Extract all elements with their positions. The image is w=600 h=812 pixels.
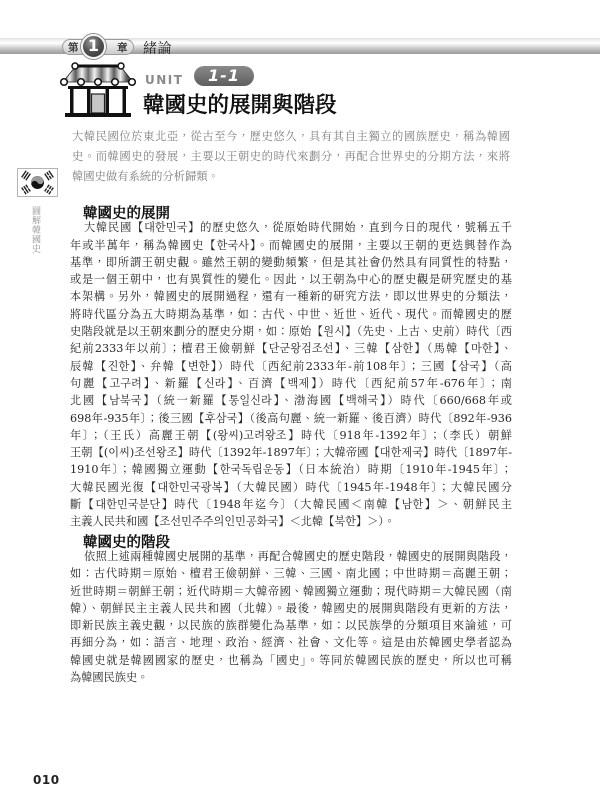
section-heading: 韓國史的階段 bbox=[70, 531, 512, 548]
paragraph-line: 史階段就是以王朝來劃分的歷史分期，如：原始【원시】（先史、上古、史前）時代〔西 bbox=[70, 323, 512, 340]
paragraph-line: 近世時期＝朝鮮王朝；近代時期＝大韓帝國、韓國獨立運動；現代時期＝大韓民國（南 bbox=[70, 583, 512, 600]
paragraph-line: 辰韓【진한】、弁韓【변한】）時代〔西紀前2333年-前108年〕；三國【삼국】（… bbox=[70, 358, 512, 375]
paragraph-line: 1910年〕；韓國獨立運動【한국독립운동】（日本統治）時期〔1910年-1945… bbox=[70, 461, 512, 478]
intro-line: 韓國史做有系統的分析歸類。 bbox=[72, 167, 510, 187]
paragraph-line: 698年-935年〕；後三國【후삼국】（後高句麗、統一新羅、後百濟）時代〔892… bbox=[70, 410, 512, 427]
section-development: 韓國史的展開 大韓民國【대한민국】的歷史悠久，從原始時代開始，直到今日的現代，號… bbox=[70, 202, 512, 531]
chapter-suffix: 章 bbox=[117, 40, 128, 55]
paragraph-line: 或是一個王朝中，也有異質性的變化。因此，以王朝為中心的歷史觀是研究歷史的基 bbox=[70, 271, 512, 288]
main-content: 韓國史的展開 大韓民國【대한민국】的歷史悠久，從原始時代開始，直到今日的現代，號… bbox=[70, 202, 512, 686]
unit-label: UNIT bbox=[145, 73, 183, 87]
book-title-side-label: 圖解韓國史 bbox=[29, 206, 41, 254]
paragraph-line: 將時代區分為五大時期為基準，如：古代、中世、近世、近代、現代。而韓國史的歷 bbox=[70, 306, 512, 323]
paragraph-line: 年或半萬年，稱為韓國史【한국사】。而韓國史的展開，主要以王朝的更迭興替作為 bbox=[70, 237, 512, 254]
paragraph-line: 即新民族主義史觀，以民族的族群變化為基準，如：以民族學的分類項目來論述，可 bbox=[70, 617, 512, 634]
paragraph-line: 依照上述兩種韓國史展開的基準，再配合韓國史的歷史階段，韓國史的展開與階段， bbox=[70, 548, 512, 565]
paragraph-line: 王朝【(이씨)조선왕조】時代〔1392年-1897年〕；大韓帝國【대한제국】時代… bbox=[70, 444, 512, 461]
chapter-prefix: 第 bbox=[68, 40, 79, 55]
section-stages: 韓國史的階段 依照上述兩種韓國史展開的基準，再配合韓國史的歷史階段，韓國史的展開… bbox=[70, 531, 512, 687]
unit-number-badge: 1-1 bbox=[194, 66, 254, 86]
korean-flag-icon bbox=[17, 168, 58, 197]
paragraph-line: 本架構。另外，韓國史的展開過程，還有一種新的研究方法，即以世界史的分類法， bbox=[70, 288, 512, 305]
paragraph-line: 韓）、朝鮮民主主義人民共和國（北韓）。最後，韓國史的展開與階段有更新的方法， bbox=[70, 600, 512, 617]
paragraph-line: 句麗【고구려】、新羅【신라】、百濟【백제】）時代〔西紀前57年-676年〕；南 bbox=[70, 375, 512, 392]
paragraph-line: 基準，即所謂王朝史觀。雖然王朝的變動頻繁，但是其社會仍然具有同質性的特點， bbox=[70, 254, 512, 271]
chapter-title: 緒論 bbox=[143, 38, 172, 58]
paragraph-line: 紀前2333年以前〕；檀君王儉朝鮮【단군왕검조선】、三韓【삼한】（馬韓【마한】、 bbox=[70, 340, 512, 357]
paragraph-line: 再細分為，如：語言、地理、政治、經濟、社會、文化等。這是由於韓國史學者認為 bbox=[70, 634, 512, 651]
paragraph-line: 北國【남북국】（統一新羅【통일신라】、渤海國【백해국】）時代〔660/668年或 bbox=[70, 392, 512, 409]
paragraph-line: 大韓民國【대한민국】的歷史悠久，從原始時代開始，直到今日的現代，號稱五千 bbox=[70, 219, 512, 236]
intro-line: 史。而韓國史的發展，主要以王朝史的時代來劃分，再配合世界史的分期方法，來將 bbox=[72, 147, 510, 167]
building-icon bbox=[60, 60, 136, 120]
paragraph-line: 韓國史就是韓國國家的歷史，也稱為「國史」。等同於韓國民族的歷史，所以也可稱 bbox=[70, 652, 512, 669]
paragraph-line: 如：古代時期＝原始、檀君王儉朝鮮、三韓、三國、南北國；中世時期＝高麗王朝； bbox=[70, 565, 512, 582]
paragraph-line: 斷【대한민국분단】時代〔1948年迄今〕（大韓民國＜南韓【남한】＞、朝鮮民主 bbox=[70, 496, 512, 513]
page-number: 010 bbox=[33, 773, 60, 787]
paragraph-line: 年〕；（王氏）高麗王朝【(왕씨)고려왕조】時代〔918年-1392年〕；（李氏）… bbox=[70, 427, 512, 444]
intro-line: 大韓民國位於東北亞，從古至今，歷史悠久，具有其自主獨立的國族歷史，稱為韓國 bbox=[72, 127, 510, 147]
chapter-number-badge: 1 bbox=[81, 34, 106, 59]
paragraph-line: 主義人民共和國【조선민주주의인민공화국】＜北韓【북한】＞）。 bbox=[70, 513, 512, 530]
paragraph-line: 大韓民國光復【대한민국광복】（大韓民國）時代〔1945年-1948年〕；大韓民國… bbox=[70, 479, 512, 496]
section-heading: 韓國史的展開 bbox=[70, 202, 512, 219]
intro-paragraph: 大韓民國位於東北亞，從古至今，歷史悠久，具有其自主獨立的國族歷史，稱為韓國 史。… bbox=[72, 127, 510, 187]
page-title: 韓國史的展開與階段 bbox=[143, 88, 337, 119]
paragraph-line: 為韓國民族史。 bbox=[70, 669, 512, 686]
